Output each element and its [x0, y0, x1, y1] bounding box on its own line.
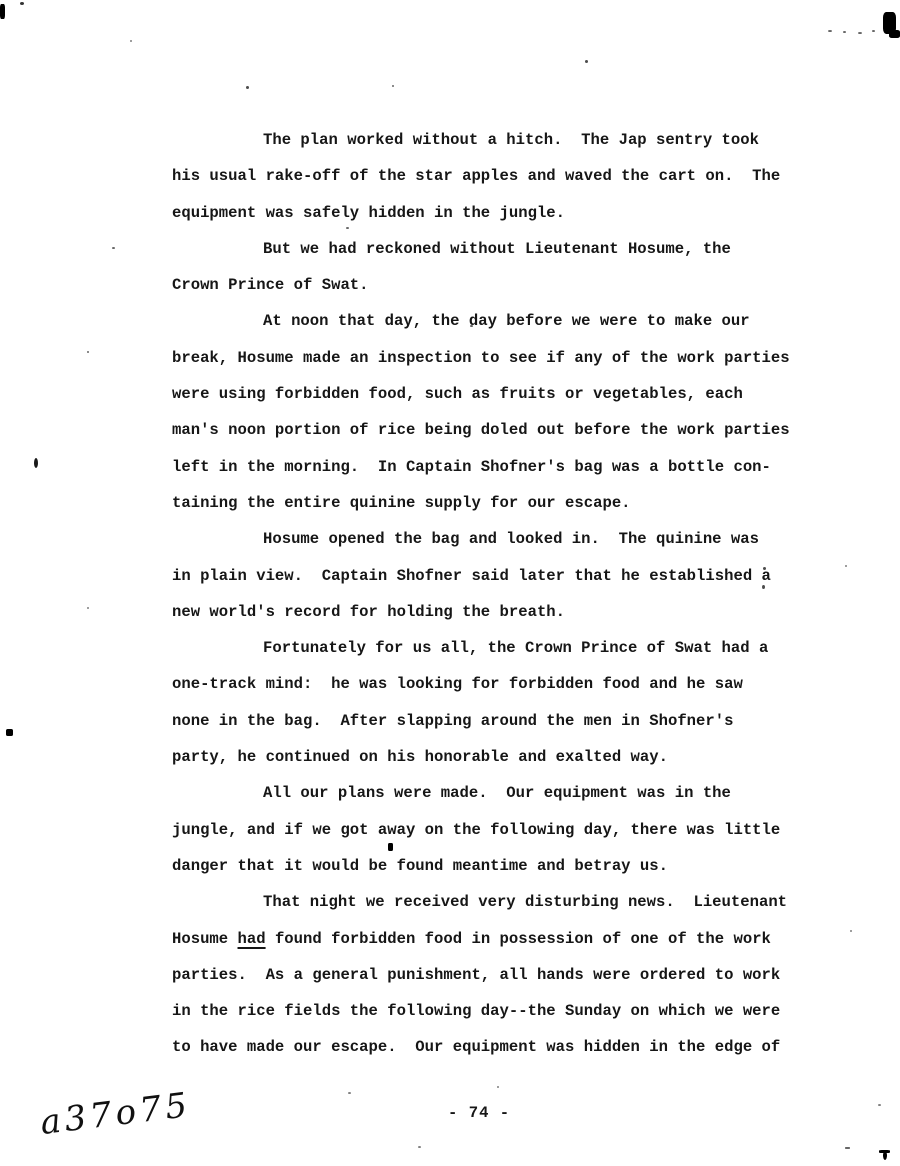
text-line: man's noon portion of rice being doled o…	[172, 412, 812, 448]
text-segment: to have made our escape. Our equipment w…	[172, 1038, 780, 1056]
text-line: in the rice fields the following day--th…	[172, 993, 812, 1029]
text-line: in plain view. Captain Shofner said late…	[172, 558, 812, 594]
text-segment: break, Hosume made an inspection to see …	[172, 349, 790, 367]
text-line: left in the morning. In Captain Shofner'…	[172, 449, 812, 485]
text-line: new world's record for holding the breat…	[172, 594, 812, 630]
text-segment: left in the morning. In Captain Shofner'…	[172, 458, 771, 476]
scan-artifact	[246, 86, 249, 89]
text-segment: danger that it would be found meantime a…	[172, 857, 668, 875]
text-line: break, Hosume made an inspection to see …	[172, 340, 812, 376]
text-line: to have made our escape. Our equipment w…	[172, 1029, 812, 1065]
text-segment: one-track mind: he was looking for forbi…	[172, 675, 743, 693]
text-segment: were using forbidden food, such as fruit…	[172, 385, 743, 403]
text-line: danger that it would be found meantime a…	[172, 848, 812, 884]
scan-artifact	[34, 458, 38, 468]
text-segment: Fortunately for us all, the Crown Prince…	[263, 639, 768, 657]
scan-artifact	[889, 30, 900, 38]
scan-artifact	[497, 1086, 499, 1088]
text-segment: new world's record for holding the breat…	[172, 603, 565, 621]
text-line: All our plans were made. Our equipment w…	[172, 775, 812, 811]
scan-artifact	[20, 2, 24, 5]
text-line: party, he continued on his honorable and…	[172, 739, 812, 775]
text-segment: in plain view. Captain Shofner said late…	[172, 567, 771, 585]
scan-artifact	[112, 247, 115, 249]
text-segment: his usual rake-off of the star apples an…	[172, 167, 780, 185]
scan-artifact	[828, 30, 832, 32]
text-line: At noon that day, the day before we were…	[172, 303, 812, 339]
scan-artifact	[883, 12, 896, 34]
text-segment: Crown Prince of Swat.	[172, 276, 369, 294]
text-segment: All our plans were made. Our equipment w…	[263, 784, 731, 802]
scan-artifact	[87, 351, 89, 353]
text-line: But we had reckoned without Lieutenant H…	[172, 231, 812, 267]
text-segment: parties. As a general punishment, all ha…	[172, 966, 780, 984]
text-line: taining the entire quinine supply for ou…	[172, 485, 812, 521]
text-line: jungle, and if we got away on the follow…	[172, 812, 812, 848]
scan-artifact	[348, 1092, 351, 1094]
text-segment: The plan worked without a hitch. The Jap…	[263, 131, 759, 149]
text-line: Hosume had found forbidden food in posse…	[172, 921, 812, 957]
text-segment: equipment was safely hidden in the jungl…	[172, 204, 565, 222]
text-segment: Hosume opened the bag and looked in. The…	[263, 530, 759, 548]
scan-artifact	[883, 1151, 887, 1160]
scan-artifact	[130, 40, 132, 42]
scan-artifact	[418, 1146, 421, 1148]
scan-artifact	[843, 31, 846, 33]
page-number: - 74 -	[448, 1104, 510, 1122]
scan-artifact	[845, 565, 847, 567]
text-segment: man's noon portion of rice being doled o…	[172, 421, 790, 439]
scan-artifact	[87, 607, 89, 609]
text-line: Hosume opened the bag and looked in. The…	[172, 521, 812, 557]
text-segment: But we had reckoned without Lieutenant H…	[263, 240, 731, 258]
document-page: The plan worked without a hitch. The Jap…	[0, 0, 900, 1166]
text-segment: Hosume	[172, 930, 238, 948]
text-segment: That night we received very disturbing n…	[263, 893, 787, 911]
scan-artifact	[850, 930, 852, 932]
text-line: equipment was safely hidden in the jungl…	[172, 195, 812, 231]
text-segment: taining the entire quinine supply for ou…	[172, 494, 631, 512]
scan-artifact	[879, 1150, 890, 1153]
text-line: The plan worked without a hitch. The Jap…	[172, 122, 812, 158]
text-line: none in the bag. After slapping around t…	[172, 703, 812, 739]
text-line: his usual rake-off of the star apples an…	[172, 158, 812, 194]
scan-artifact	[0, 4, 5, 19]
text-line: one-track mind: he was looking for forbi…	[172, 666, 812, 702]
scan-artifact	[6, 729, 13, 736]
scan-artifact	[858, 32, 862, 34]
text-segment: found forbidden food in possession of on…	[266, 930, 771, 948]
text-line: That night we received very disturbing n…	[172, 884, 812, 920]
text-line: were using forbidden food, such as fruit…	[172, 376, 812, 412]
text-segment: none in the bag. After slapping around t…	[172, 712, 733, 730]
text-line: Crown Prince of Swat.	[172, 267, 812, 303]
text-segment: party, he continued on his honorable and…	[172, 748, 668, 766]
text-segment: At noon that day, the day before we were…	[263, 312, 750, 330]
scan-artifact	[585, 60, 588, 63]
text-segment: jungle, and if we got away on the follow…	[172, 821, 780, 839]
scan-artifact	[872, 30, 875, 32]
text-line: Fortunately for us all, the Crown Prince…	[172, 630, 812, 666]
scan-artifact	[845, 1147, 850, 1149]
text-lines: The plan worked without a hitch. The Jap…	[172, 122, 812, 1066]
underlined-word: had	[238, 930, 266, 948]
handwritten-annotation: a37o75	[38, 1085, 193, 1143]
scan-artifact	[392, 85, 394, 87]
text-line: parties. As a general punishment, all ha…	[172, 957, 812, 993]
text-segment: in the rice fields the following day--th…	[172, 1002, 780, 1020]
scan-artifact	[878, 1104, 881, 1106]
